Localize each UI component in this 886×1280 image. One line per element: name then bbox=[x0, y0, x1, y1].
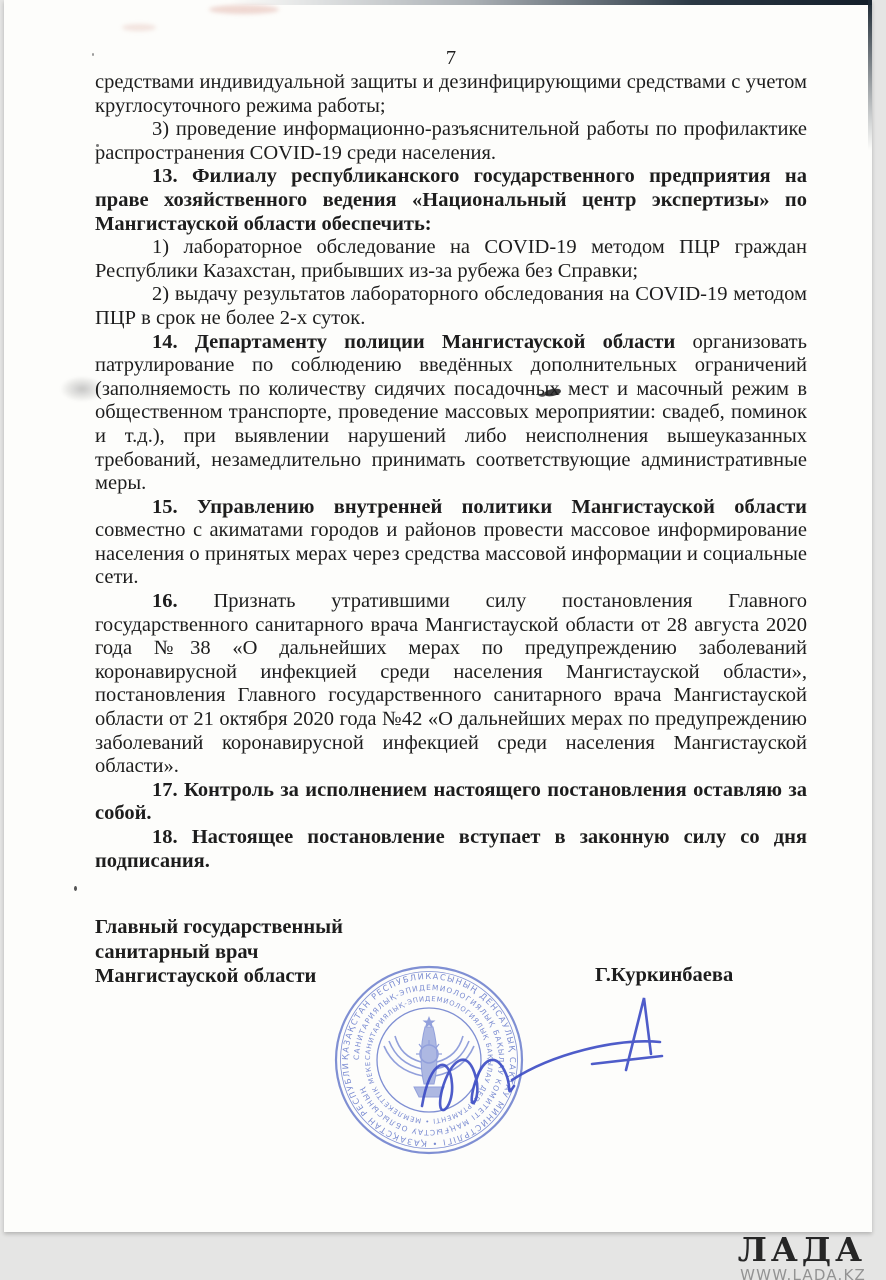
page-number: 7 bbox=[95, 0, 807, 71]
official-stamp: ҚАЗАҚСТАН РЕСПУБЛИКАСЫНЫҢ ДЕНСАУЛЫҚ САҚТ… bbox=[326, 958, 671, 1198]
paragraph-16-lead: 16. bbox=[152, 590, 178, 612]
lada-logo-text: ЛАДА bbox=[738, 1235, 866, 1265]
lada-watermark: ЛАДА WWW.LADA.KZ bbox=[738, 1235, 866, 1280]
paragraph-14-lead: 14. Департаменту полиции Мангистауской о… bbox=[152, 331, 675, 353]
paragraph-15-lead: 15. Управлению внутренней политики Манги… bbox=[152, 496, 807, 518]
paragraph-16-rest: Признать утратившими силу постановления … bbox=[95, 590, 807, 777]
signer-title-line: Главный государственный bbox=[95, 915, 807, 940]
paragraph-13: 13. Филиалу республиканского государстве… bbox=[95, 165, 807, 236]
paragraph-17: 17. Контроль за исполнением настоящего п… bbox=[95, 779, 807, 826]
scanned-document-page: 7 средствами индивидуальной защиты и дез… bbox=[4, 0, 872, 1232]
paragraph-15: 15. Управлению внутренней политики Манги… bbox=[95, 496, 807, 590]
paragraph-14: 14. Департаменту полиции Мангистауской о… bbox=[95, 331, 807, 496]
scan-right-edge-artifact bbox=[868, 0, 872, 150]
kazakhstan-emblem-icon bbox=[384, 1016, 474, 1097]
paragraph-continuation: средствами индивидуальной защиты и дезин… bbox=[95, 71, 807, 118]
scan-speck bbox=[74, 886, 77, 891]
scan-speck bbox=[92, 53, 94, 56]
paragraph-15-rest: совместно с акиматами городов и районов … bbox=[95, 519, 807, 588]
paragraph-13-sub-2: 2) выдачу результатов лабораторного обсл… bbox=[95, 283, 807, 330]
paragraph-item-3: 3) проведение информационно-разъяснитель… bbox=[95, 118, 807, 165]
paragraph-14-rest: организовать патрулирование по соблюдени… bbox=[95, 331, 807, 495]
document-body: 7 средствами индивидуальной защиты и дез… bbox=[95, 0, 807, 1035]
paragraph-18: 18. Настоящее постановление вступает в з… bbox=[95, 826, 807, 873]
lada-url-text: WWW.LADA.KZ bbox=[738, 1266, 866, 1280]
paragraph-16: 16. Признать утратившими силу постановле… bbox=[95, 590, 807, 779]
handwritten-signature bbox=[422, 998, 662, 1110]
paragraph-13-sub-1: 1) лабораторное обследование на COVID-19… bbox=[95, 236, 807, 283]
